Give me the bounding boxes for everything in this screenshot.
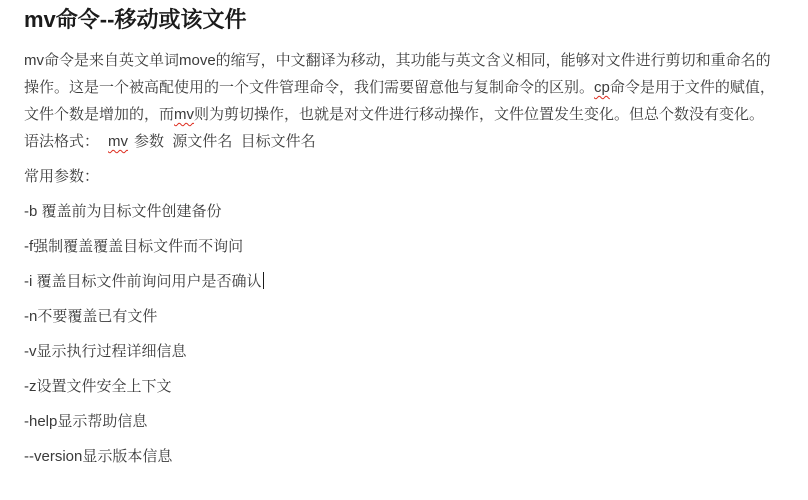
- syntax-label: 语法格式：: [24, 133, 99, 150]
- param-line-n: -n不要覆盖已有文件: [24, 303, 784, 330]
- param-line-help: -help显示帮助信息: [24, 408, 784, 435]
- param-text: -i 覆盖目标文件前询问用户是否确认: [24, 273, 262, 290]
- param-line-z: -z设置文件安全上下文: [24, 373, 784, 400]
- intro-paragraph: mv命令是来自英文单词move的缩写，中文翻译为移动，其功能与英文含义相同，能够…: [24, 47, 784, 128]
- text-caret: [263, 272, 265, 289]
- document-editor[interactable]: mv命令--移动或该文件 mv命令是来自英文单词move的缩写，中文翻译为移动，…: [0, 0, 808, 470]
- param-line-f: -f强制覆盖覆盖目标文件而不询问: [24, 233, 784, 260]
- page-title: mv命令--移动或该文件: [24, 6, 784, 34]
- param-text: -help显示帮助信息: [24, 413, 147, 430]
- param-text: -z设置文件安全上下文: [24, 378, 172, 395]
- syntax-line: 语法格式：mv参数 源文件名 目标文件名: [24, 128, 784, 155]
- param-line-b: -b 覆盖前为目标文件创建备份: [24, 198, 784, 225]
- misspelled-word-mv: mv: [174, 106, 194, 123]
- param-line-i: -i 覆盖目标文件前询问用户是否确认: [24, 268, 784, 295]
- misspelled-word-mv-syntax: mv: [108, 133, 128, 150]
- param-line-v: -v显示执行过程详细信息: [24, 338, 784, 365]
- param-line-version: --version显示版本信息: [24, 443, 784, 470]
- params-heading: 常用参数：: [24, 163, 784, 190]
- paragraph-text-3: 则为剪切操作，也就是对文件进行移动操作，文件位置发生变化。但总个数没有变化。: [194, 106, 764, 123]
- param-text: -n不要覆盖已有文件: [24, 308, 157, 325]
- param-text: -b 覆盖前为目标文件创建备份: [24, 203, 222, 220]
- param-text: -f强制覆盖覆盖目标文件而不询问: [24, 238, 243, 255]
- param-text: -v显示执行过程详细信息: [24, 343, 187, 360]
- param-text: --version显示版本信息: [24, 448, 172, 465]
- syntax-args: 参数 源文件名 目标文件名: [134, 133, 316, 150]
- misspelled-word-cp: cp: [594, 79, 610, 96]
